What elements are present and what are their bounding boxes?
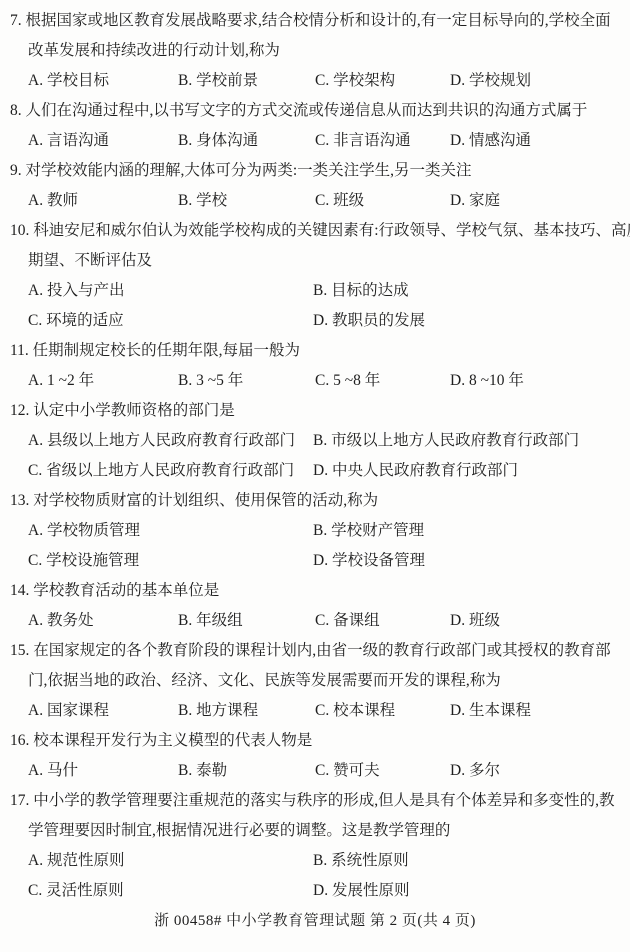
question-12-option-b: B. 市级以上地方人民政府教育行政部门 — [313, 426, 620, 456]
question-10: 10. 科迪安尼和威尔伯认为效能学校构成的关键因素有:行政领导、学校气氛、基本技… — [10, 216, 620, 336]
question-14-stem-line-1: 14. 学校教育活动的基本单位是 — [10, 576, 620, 606]
question-10-option-b: B. 目标的达成 — [313, 276, 620, 306]
question-16-option-c: C. 赞可夫 — [315, 756, 450, 786]
question-10-stem-line-2: 期望、不断评估及 — [10, 246, 620, 276]
question-15-option-d: D. 生本课程 — [450, 696, 620, 726]
question-12: 12. 认定中小学教师资格的部门是A. 县级以上地方人民政府教育行政部门B. 市… — [10, 396, 620, 486]
question-13-option-a: A. 学校物质管理 — [28, 516, 313, 546]
question-7-stem-line-1: 7. 根据国家或地区教育发展战略要求,结合校情分析和设计的,有一定目标导向的,学… — [10, 6, 620, 36]
question-10-options-row-2: C. 环境的适应D. 教职员的发展 — [10, 306, 620, 336]
question-14-option-d: D. 班级 — [450, 606, 620, 636]
question-11-stem-line-1: 11. 任期制规定校长的任期年限,每届一般为 — [10, 336, 620, 366]
question-16-stem-line-1: 16. 校本课程开发行为主义模型的代表人物是 — [10, 726, 620, 756]
question-13-option-d: D. 学校设备管理 — [313, 546, 620, 576]
question-17-option-b: B. 系统性原则 — [313, 846, 620, 876]
question-12-option-d: D. 中央人民政府教育行政部门 — [313, 456, 620, 486]
question-11-option-b: B. 3 ~5 年 — [178, 366, 315, 396]
question-12-option-c: C. 省级以上地方人民政府教育行政部门 — [28, 456, 313, 486]
question-11-option-d: D. 8 ~10 年 — [450, 366, 620, 396]
question-16-options-row-1: A. 马什B. 泰勒C. 赞可夫D. 多尔 — [10, 756, 620, 786]
question-12-option-a: A. 县级以上地方人民政府教育行政部门 — [28, 426, 313, 456]
question-14-option-b: B. 年级组 — [178, 606, 315, 636]
question-9-stem-line-1: 9. 对学校效能内涵的理解,大体可分为两类:一类关注学生,另一类关注 — [10, 156, 620, 186]
question-11: 11. 任期制规定校长的任期年限,每届一般为A. 1 ~2 年B. 3 ~5 年… — [10, 336, 620, 396]
question-16-option-b: B. 泰勒 — [178, 756, 315, 786]
question-9-options-row-1: A. 教师B. 学校C. 班级D. 家庭 — [10, 186, 620, 216]
question-15-option-c: C. 校本课程 — [315, 696, 450, 726]
question-11-option-a: A. 1 ~2 年 — [28, 366, 178, 396]
question-7-option-a: A. 学校目标 — [28, 66, 178, 96]
question-8-option-a: A. 言语沟通 — [28, 126, 178, 156]
question-9: 9. 对学校效能内涵的理解,大体可分为两类:一类关注学生,另一类关注A. 教师B… — [10, 156, 620, 216]
question-17-option-a: A. 规范性原则 — [28, 846, 313, 876]
question-17: 17. 中小学的教学管理要注重规范的落实与秩序的形成,但人是具有个体差异和多变性… — [10, 786, 620, 906]
question-17-stem-line-2: 学管理要因时制宜,根据情况进行必要的调整。这是教学管理的 — [10, 816, 620, 846]
question-7-stem-line-2: 改革发展和持续改进的行动计划,称为 — [10, 36, 620, 66]
question-7-option-b: B. 学校前景 — [178, 66, 315, 96]
question-11-options-row-1: A. 1 ~2 年B. 3 ~5 年C. 5 ~8 年D. 8 ~10 年 — [10, 366, 620, 396]
question-16-option-a: A. 马什 — [28, 756, 178, 786]
question-17-options-row-1: A. 规范性原则B. 系统性原则 — [10, 846, 620, 876]
question-8-option-c: C. 非言语沟通 — [315, 126, 450, 156]
exam-page: 7. 根据国家或地区教育发展战略要求,结合校情分析和设计的,有一定目标导向的,学… — [0, 0, 630, 952]
question-7-options-row-1: A. 学校目标B. 学校前景C. 学校架构D. 学校规划 — [10, 66, 620, 96]
question-8-option-b: B. 身体沟通 — [178, 126, 315, 156]
question-15-stem-line-2: 门,依据当地的政治、经济、文化、民族等发展需要而开发的课程,称为 — [10, 666, 620, 696]
question-17-stem-line-1: 17. 中小学的教学管理要注重规范的落实与秩序的形成,但人是具有个体差异和多变性… — [10, 786, 620, 816]
question-14: 14. 学校教育活动的基本单位是A. 教务处B. 年级组C. 备课组D. 班级 — [10, 576, 620, 636]
question-15-option-a: A. 国家课程 — [28, 696, 178, 726]
question-13-option-c: C. 学校设施管理 — [28, 546, 313, 576]
question-16-option-d: D. 多尔 — [450, 756, 620, 786]
question-17-options-row-2: C. 灵活性原则D. 发展性原则 — [10, 876, 620, 906]
question-13: 13. 对学校物质财富的计划组织、使用保管的活动,称为A. 学校物质管理B. 学… — [10, 486, 620, 576]
question-16: 16. 校本课程开发行为主义模型的代表人物是A. 马什B. 泰勒C. 赞可夫D.… — [10, 726, 620, 786]
question-17-option-c: C. 灵活性原则 — [28, 876, 313, 906]
question-14-options-row-1: A. 教务处B. 年级组C. 备课组D. 班级 — [10, 606, 620, 636]
question-15-stem-line-1: 15. 在国家规定的各个教育阶段的课程计划内,由省一级的教育行政部门或其授权的教… — [10, 636, 620, 666]
question-10-option-c: C. 环境的适应 — [28, 306, 313, 336]
questions-container: 7. 根据国家或地区教育发展战略要求,结合校情分析和设计的,有一定目标导向的,学… — [10, 6, 620, 906]
question-10-options-row-1: A. 投入与产出B. 目标的达成 — [10, 276, 620, 306]
question-12-options-row-2: C. 省级以上地方人民政府教育行政部门D. 中央人民政府教育行政部门 — [10, 456, 620, 486]
question-12-options-row-1: A. 县级以上地方人民政府教育行政部门B. 市级以上地方人民政府教育行政部门 — [10, 426, 620, 456]
question-13-stem-line-1: 13. 对学校物质财富的计划组织、使用保管的活动,称为 — [10, 486, 620, 516]
question-8: 8. 人们在沟通过程中,以书写文字的方式交流或传递信息从而达到共识的沟通方式属于… — [10, 96, 620, 156]
question-14-option-a: A. 教务处 — [28, 606, 178, 636]
question-9-option-b: B. 学校 — [178, 186, 315, 216]
question-9-option-a: A. 教师 — [28, 186, 178, 216]
question-17-option-d: D. 发展性原则 — [313, 876, 620, 906]
question-13-options-row-1: A. 学校物质管理B. 学校财产管理 — [10, 516, 620, 546]
question-12-stem-line-1: 12. 认定中小学教师资格的部门是 — [10, 396, 620, 426]
question-8-option-d: D. 情感沟通 — [450, 126, 620, 156]
question-14-option-c: C. 备课组 — [315, 606, 450, 636]
question-7: 7. 根据国家或地区教育发展战略要求,结合校情分析和设计的,有一定目标导向的,学… — [10, 6, 620, 96]
page-footer: 浙 00458# 中小学教育管理试题 第 2 页(共 4 页) — [10, 906, 620, 936]
question-8-stem-line-1: 8. 人们在沟通过程中,以书写文字的方式交流或传递信息从而达到共识的沟通方式属于 — [10, 96, 620, 126]
question-9-option-d: D. 家庭 — [450, 186, 620, 216]
question-9-option-c: C. 班级 — [315, 186, 450, 216]
question-13-options-row-2: C. 学校设施管理D. 学校设备管理 — [10, 546, 620, 576]
question-13-option-b: B. 学校财产管理 — [313, 516, 620, 546]
question-8-options-row-1: A. 言语沟通B. 身体沟通C. 非言语沟通D. 情感沟通 — [10, 126, 620, 156]
question-7-option-c: C. 学校架构 — [315, 66, 450, 96]
question-10-stem-line-1: 10. 科迪安尼和威尔伯认为效能学校构成的关键因素有:行政领导、学校气氛、基本技… — [10, 216, 620, 246]
question-15: 15. 在国家规定的各个教育阶段的课程计划内,由省一级的教育行政部门或其授权的教… — [10, 636, 620, 726]
question-11-option-c: C. 5 ~8 年 — [315, 366, 450, 396]
question-15-options-row-1: A. 国家课程B. 地方课程C. 校本课程D. 生本课程 — [10, 696, 620, 726]
question-7-option-d: D. 学校规划 — [450, 66, 620, 96]
question-10-option-d: D. 教职员的发展 — [313, 306, 620, 336]
question-10-option-a: A. 投入与产出 — [28, 276, 313, 306]
question-15-option-b: B. 地方课程 — [178, 696, 315, 726]
